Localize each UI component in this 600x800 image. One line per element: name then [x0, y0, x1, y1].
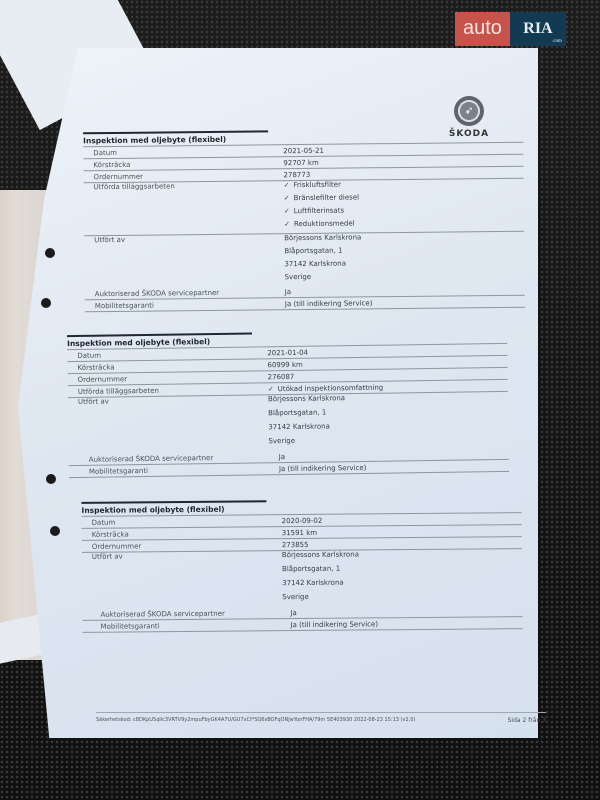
check-icon: ✓ [268, 385, 274, 393]
punch-hole [46, 474, 56, 484]
watermark-auto: auto [455, 12, 510, 46]
datum-label: Datum [83, 147, 283, 157]
order-label: Ordernummer [82, 541, 282, 551]
punch-hole [45, 248, 55, 258]
security-code: Säkerhetskod: c8DKpUSqIlc3VRTV9y2mpuFbyG… [96, 717, 415, 724]
extra-item: Utökad inspektionsomfattning [278, 383, 384, 392]
check-icon: ✓ [284, 207, 290, 215]
mobility-value: Ja (till indikering Service) [285, 297, 525, 308]
performed-by-row: Utfört av Börjessons Karlskrona Blåports… [82, 548, 522, 609]
performed-by-address: Börjessons Karlskrona Blåportsgatan, 1 3… [284, 232, 525, 287]
mobility-label: Mobilitetsgaranti [85, 300, 285, 310]
order-label: Ordernummer [83, 171, 283, 181]
watermark-com: .com [552, 39, 562, 45]
extras-label: Utförda tilläggsarbeten [84, 181, 284, 191]
datum-value: 2020-09-02 [282, 515, 522, 525]
punch-hole [41, 298, 51, 308]
extra-item: Friskluftsfilter [293, 181, 341, 189]
skoda-winged-arrow-icon: ➶ [454, 96, 484, 126]
km-label: Körsträcka [82, 529, 282, 539]
mobility-label: Mobilitetsgaranti [69, 465, 279, 476]
km-label: Körsträcka [83, 159, 283, 169]
partner-label: Auktoriserad ŠKODA servicepartner [82, 609, 290, 619]
performed-by-address: Börjessons Karlskrona Blåportsgatan, 1 3… [282, 549, 522, 607]
watermark-ria: RIA .com [510, 12, 566, 46]
performed-by-row: Utfört av Börjessons Karlskrona Blåports… [84, 231, 525, 289]
performed-by-label: Utfört av [68, 395, 268, 406]
address-line: Sverige [282, 591, 522, 607]
mobility-value: Ja (till indikering Service) [279, 461, 509, 472]
address-line: Sverige [285, 271, 525, 287]
service-entry-1: Inspektion med oljebyte (flexibel) Datum… [83, 128, 525, 313]
performed-by-label: Utfört av [84, 234, 284, 244]
page-number: Sida 2 från 3 [508, 717, 546, 724]
mobility-value: Ja (till indikering Service) [290, 619, 522, 629]
partner-label: Auktoriserad ŠKODA servicepartner [85, 288, 285, 298]
check-icon: ✓ [284, 181, 290, 189]
extras-row: Utförda tilläggsarbeten ✓Friskluftsfilte… [84, 178, 525, 236]
datum-label: Datum [82, 517, 282, 527]
mobility-label: Mobilitetsgaranti [82, 621, 290, 631]
partner-value: Ja [290, 607, 522, 617]
extra-item: Reduktionsmedel [294, 219, 355, 228]
check-icon: ✓ [284, 194, 290, 202]
performed-by-label: Utfört av [82, 551, 282, 561]
performed-by-address: Börjessons Karlskrona Blåportsgatan, 1 3… [268, 392, 509, 451]
extra-item: Luftfilterinsats [294, 207, 344, 216]
page-footer: Säkerhetskod: c8DKpUSqIlc3VRTV9y2mpuFbyG… [96, 712, 546, 724]
order-value: 273855 [282, 539, 522, 549]
km-value: 31591 km [282, 527, 522, 537]
performed-by-row: Utfört av Börjessons Karlskrona Blåports… [68, 391, 509, 454]
service-entry-3: Inspektion med oljebyte (flexibel) Datum… [81, 498, 522, 633]
punch-hole [50, 526, 60, 536]
autoria-watermark: auto RIA .com [455, 12, 566, 46]
extras-list: ✓Friskluftsfilter ✓Bränslefilter diesel … [284, 179, 525, 234]
check-icon: ✓ [284, 220, 290, 228]
watermark-ria-text: RIA [523, 20, 552, 37]
service-entry-2: Inspektion med oljebyte (flexibel) Datum… [67, 329, 509, 478]
extra-item: Bränslefilter diesel [294, 193, 359, 202]
